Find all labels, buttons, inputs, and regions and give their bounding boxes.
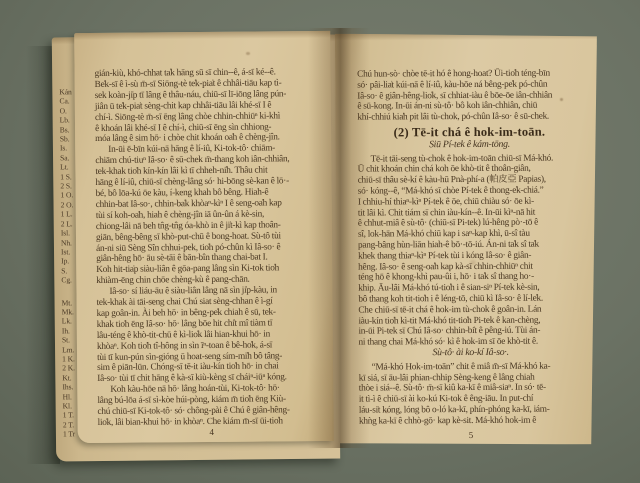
right-page-number: 5 bbox=[359, 429, 583, 440]
section-heading: (2) Tē-it chá ê hok-im-toān. bbox=[357, 126, 581, 138]
left-page-number: 4 bbox=[98, 426, 326, 438]
text-line: só· kóng--ê, “Má-khó sī chòe Pí-tek ê th… bbox=[358, 185, 582, 197]
text-line: “Má-khó Hok-im-toān” chit ê miâ m̄-sī Má… bbox=[359, 361, 583, 373]
book-scan-photo: KánCa.O.Lb.Bs.Sb.Is.Sa.Lt.1 S.2 S.1 O.2 … bbox=[0, 0, 640, 483]
text-line: in-ūi Pi-tek sī Chú Iâ-so· chhin-bi̍t ê … bbox=[358, 326, 582, 338]
section-subheading: Siū Pí-tek ê kám-tōng. bbox=[357, 139, 581, 151]
text-line: pang-bâng hùn-liān hiah-ê bō·-tō-iú. Án-… bbox=[358, 239, 582, 251]
text-line: khí-chhiú kia̍h pit lâi tù-chok, pó-chûn… bbox=[357, 112, 581, 124]
text-line: láu-si̍t kóng, lóng bô o-ló ka-kī, phín-… bbox=[359, 404, 583, 416]
text-line: bô thang koh tit-tio̍h i ê léng-tō, chiū… bbox=[358, 293, 582, 305]
left-page-text: gián-kiù, khó-chhat ta̍k hāng sū sī chin… bbox=[95, 67, 326, 429]
right-page-text: Chú hun-sò· chòe tē-it hó ê hong-hoat? Ū… bbox=[357, 68, 583, 427]
text-line: só· pâi-lia̍t kúi-nā ê lí-iû, kàu-hōe ná… bbox=[357, 79, 581, 91]
text-line: I chhiu-hí thiaⁿ-kìⁿ Pí-tek ê ōe, chiū c… bbox=[358, 196, 582, 208]
text-line: Che chiū-sī tē-it chá ê hok-im tù-chok ê… bbox=[358, 304, 582, 316]
text-line: khek thang thiaⁿ-kìⁿ Pí-tek tùi i kóng I… bbox=[358, 250, 582, 262]
right-page: Chú hun-sò· chòe tē-it hó ê hong-hoat? Ū… bbox=[335, 32, 599, 445]
text-line: khǹg ka-kī ê chhò-gō· kap kè-sit. Má-khó… bbox=[359, 415, 583, 427]
left-page: gián-kiù, khó-chhat ta̍k hāng sū sī chin… bbox=[74, 31, 334, 443]
section-subheading: Sù-tô· ài ko-kí Iâ-so·. bbox=[359, 347, 583, 359]
